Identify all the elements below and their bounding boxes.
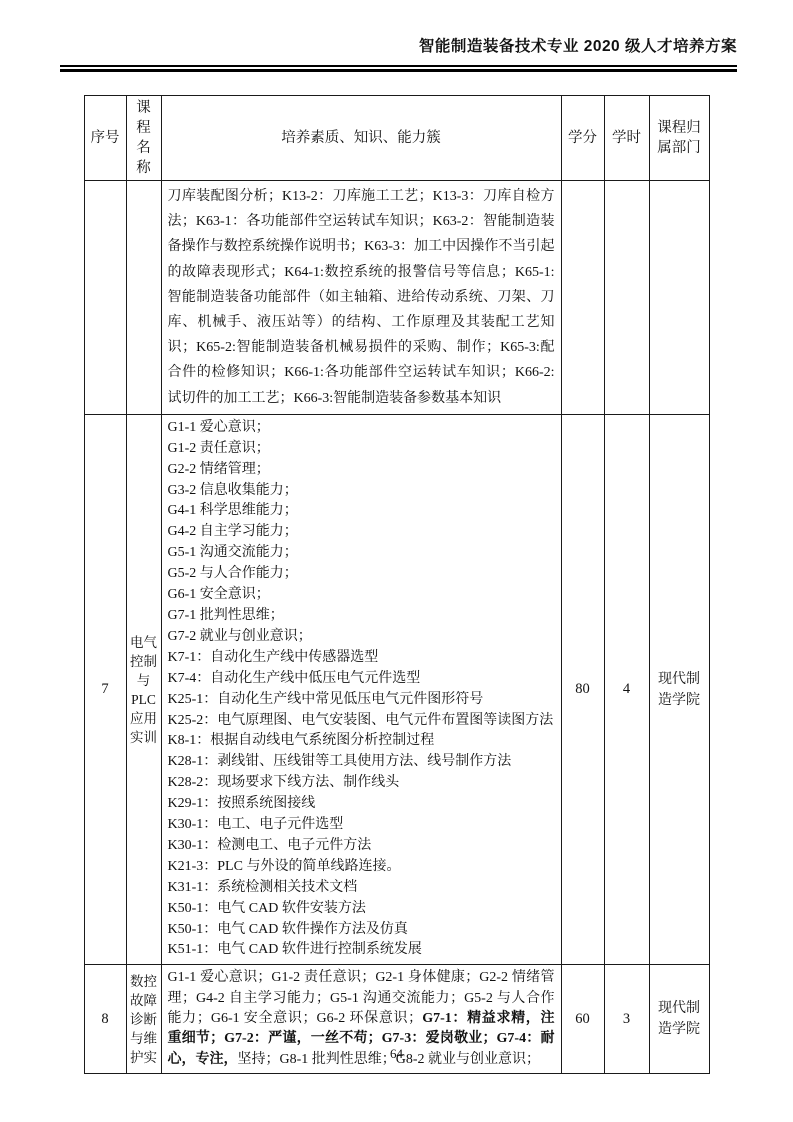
col-header-course: 课程名称: [126, 96, 161, 181]
cell-dept: 现代制造学院: [649, 414, 709, 965]
cluster-line: K7-1：自动化生产线中传感器选型: [168, 648, 555, 669]
cluster-line: K7-4：自动化生产线中低压电气元件选型: [168, 669, 555, 690]
page-number: 64: [0, 1046, 793, 1062]
cluster-paragraph: 刀库装配图分析；K13-2：刀库施工工艺；K13-3：刀库自检方法；K63-1：…: [168, 184, 555, 411]
cluster-line: G7-1 批判性思维；: [168, 606, 555, 627]
cluster-line: K50-1：电气 CAD 软件操作方法及仿真: [168, 920, 555, 941]
cluster-line: K30-1：检测电工、电子元件方法: [168, 836, 555, 857]
header-rule-thin: [60, 65, 737, 67]
table-row-7: 7 电气控制与PLC应用实训 G1-1 爱心意识；G1-2 责任意识；G2-2 …: [84, 414, 709, 965]
cluster-line: K28-1：剥线钳、压线钳等工具使用方法、线号制作方法: [168, 752, 555, 773]
cell-credits: 80: [561, 414, 604, 965]
cluster-line: K28-2：现场要求下线方法、制作线头: [168, 773, 555, 794]
cluster-line: K31-1：系统检测相关技术文档: [168, 878, 555, 899]
cluster-line: K30-1：电工、电子元件选型: [168, 815, 555, 836]
cluster-line: K25-1：自动化生产线中常见低压电气元件图形符号: [168, 690, 555, 711]
col-header-credits: 学分: [561, 96, 604, 181]
cluster-line: G1-1 爱心意识；: [168, 418, 555, 439]
col-header-no: 序号: [84, 96, 126, 181]
cell-dept: [649, 181, 709, 415]
cell-no: 7: [84, 414, 126, 965]
cluster-line: K50-1：电气 CAD 软件安装方法: [168, 899, 555, 920]
cluster-line: G5-1 沟通交流能力；: [168, 543, 555, 564]
course-table: 序号 课程名称 培养素质、知识、能力簇 学分 学时 课程归属部门 刀库装配图分析…: [84, 95, 710, 1074]
cluster-line: G6-1 安全意识；: [168, 585, 555, 606]
cell-credits: [561, 181, 604, 415]
cell-hours: 4: [604, 414, 649, 965]
cluster-line: G3-2 信息收集能力；: [168, 481, 555, 502]
col-header-cluster: 培养素质、知识、能力簇: [161, 96, 561, 181]
document-page: 智能制造装备技术专业 2020 级人才培养方案 序号 课程名称 培养素质、知识、…: [0, 0, 793, 1122]
cluster-line: G1-2 责任意识；: [168, 439, 555, 460]
cluster-line: G4-1 科学思维能力；: [168, 501, 555, 522]
cluster-line: G4-2 自主学习能力；: [168, 522, 555, 543]
cluster-line: G7-2 就业与创业意识；: [168, 627, 555, 648]
cell-course-name: 电气控制与PLC应用实训: [126, 414, 161, 965]
header-rule-thick: [60, 69, 737, 73]
cell-cluster: G1-1 爱心意识；G1-2 责任意识；G2-2 情绪管理；G3-2 信息收集能…: [161, 414, 561, 965]
table-header-row: 序号 课程名称 培养素质、知识、能力簇 学分 学时 课程归属部门: [84, 96, 709, 181]
cell-course-name: [126, 181, 161, 415]
doc-header-title: 智能制造装备技术专业 2020 级人才培养方案: [419, 38, 737, 55]
cell-no: [84, 181, 126, 415]
doc-header: 智能制造装备技术专业 2020 级人才培养方案: [0, 0, 793, 56]
cluster-line: K25-2：电气原理图、电气安装图、电气元件布置图等读图方法: [168, 711, 555, 732]
cluster-line: K8-1：根据自动线电气系统图分析控制过程: [168, 731, 555, 752]
cell-hours: [604, 181, 649, 415]
cluster-line: K21-3：PLC 与外设的简单线路连接。: [168, 857, 555, 878]
cluster-line: K29-1：按照系统图接线: [168, 794, 555, 815]
cluster-line: G2-2 情绪管理；: [168, 460, 555, 481]
cluster-line: G5-2 与人合作能力；: [168, 564, 555, 585]
col-header-dept: 课程归属部门: [649, 96, 709, 181]
cell-cluster: 刀库装配图分析；K13-2：刀库施工工艺；K13-3：刀库自检方法；K63-1：…: [161, 181, 561, 415]
cluster-line: K51-1：电气 CAD 软件进行控制系统发展: [168, 940, 555, 961]
col-header-hours: 学时: [604, 96, 649, 181]
table-row-continued: 刀库装配图分析；K13-2：刀库施工工艺；K13-3：刀库自检方法；K63-1：…: [84, 181, 709, 415]
